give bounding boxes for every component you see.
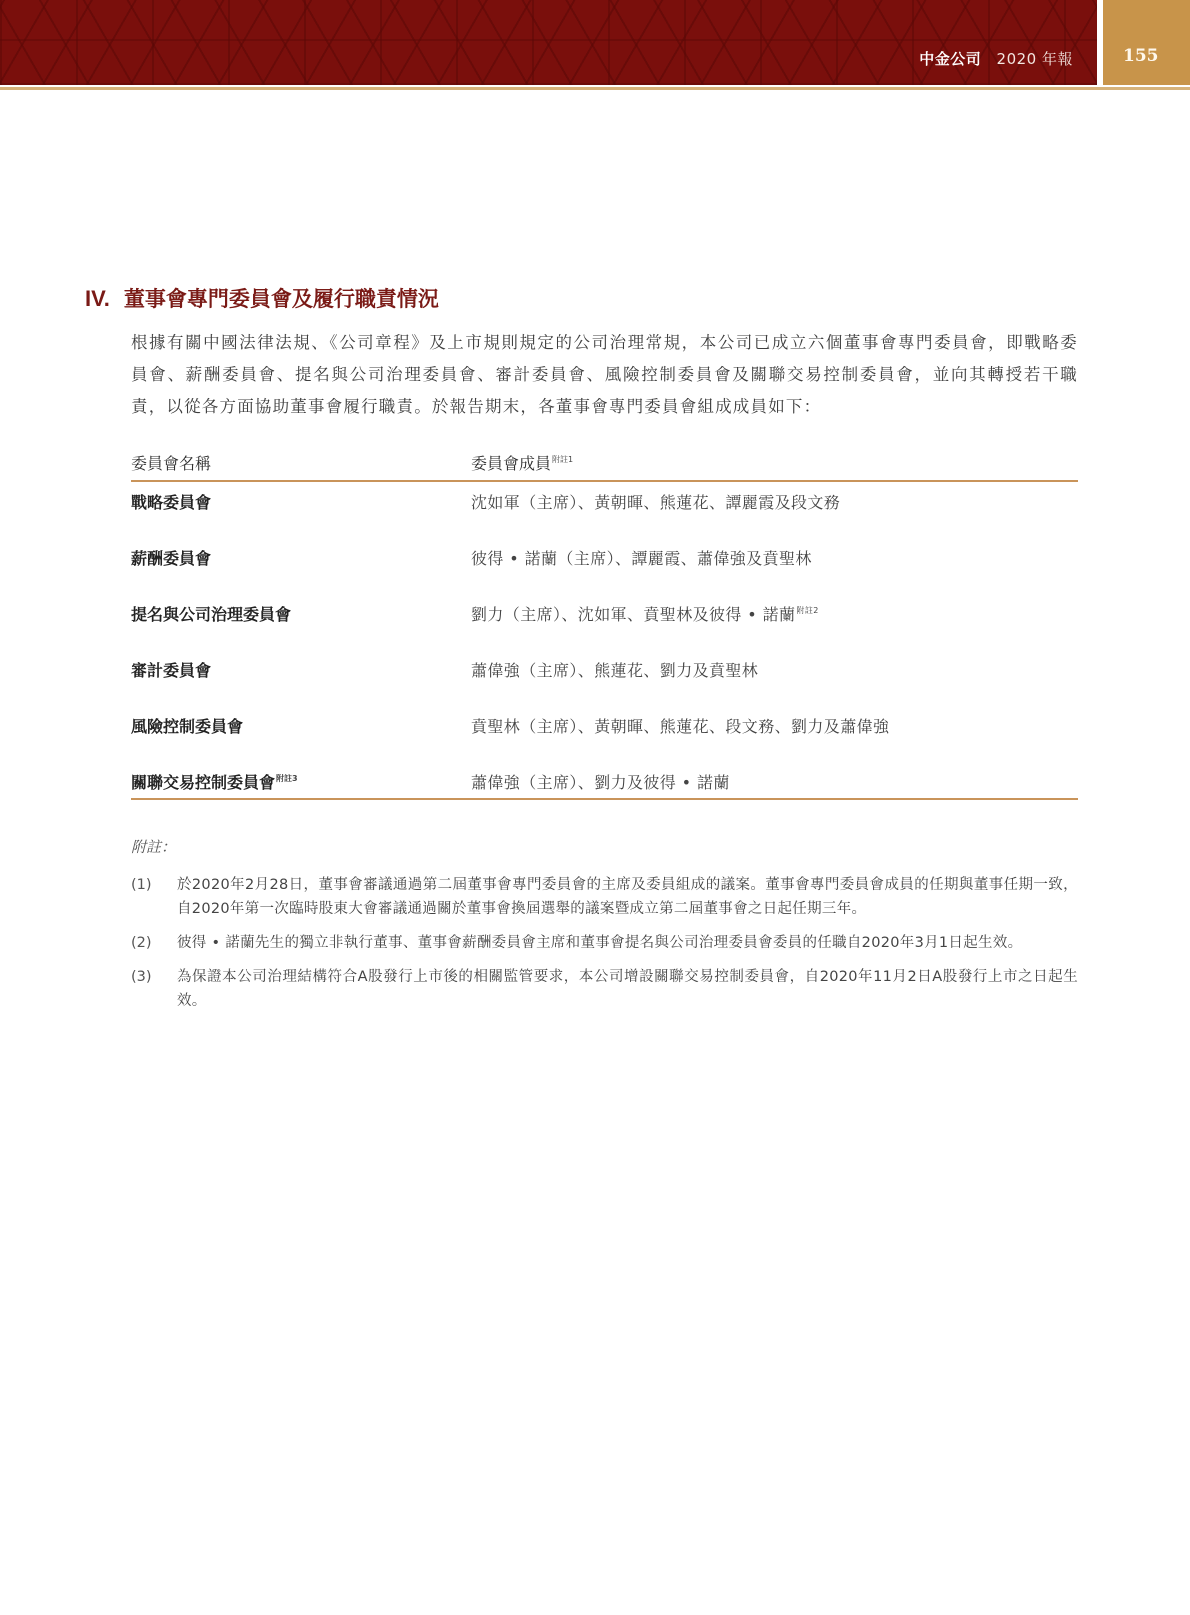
- note-text: 於2020年2月28日，董事會審議通過第二屆董事會專門委員會的主席及委員組成的議…: [177, 873, 1078, 921]
- table-row: 關聯交易控制委員會附註3 蕭偉強（主席）、劉力及彼得 • 諾蘭: [131, 762, 1078, 800]
- header-members-label: 委員會成員: [471, 454, 551, 473]
- notes-title: 附註：: [131, 836, 1078, 857]
- header-rule: [0, 87, 1190, 90]
- table-row: 提名與公司治理委員會 劉力（主席）、沈如軍、賁聖林及彼得 • 諾蘭附註2: [131, 594, 1078, 650]
- committee-name: 薪酬委員會: [131, 546, 471, 569]
- committee-members: 蕭偉強（主席）、熊蓮花、劉力及賁聖林: [471, 658, 1078, 681]
- report-title: 中金公司 2020 年報: [919, 48, 1073, 69]
- table-header: 委員會名稱 委員會成員附註1: [131, 445, 1078, 482]
- notes-section: 附註： (1) 於2020年2月28日，董事會審議通過第二屆董事會專門委員會的主…: [131, 836, 1078, 1023]
- committee-name: 戰略委員會: [131, 490, 471, 513]
- committee-members: 賁聖林（主席）、黃朝暉、熊蓮花、段文務、劉力及蕭偉強: [471, 714, 1078, 737]
- report-year: 2020 年報: [997, 50, 1073, 68]
- header-committee-members: 委員會成員附註1: [471, 451, 1078, 474]
- committee-members: 沈如軍（主席）、黃朝暉、熊蓮花、譚麗霞及段文務: [471, 490, 1078, 513]
- committee-name: 關聯交易控制委員會: [131, 773, 275, 792]
- note-item: (3) 為保證本公司治理結構符合A股發行上市後的相關監管要求，本公司增設關聯交易…: [131, 965, 1078, 1013]
- section-heading: IV. 董事會專門委員會及履行職責情況: [85, 283, 439, 313]
- note-item: (2) 彼得 • 諾蘭先生的獨立非執行董事、董事會薪酬委員會主席和董事會提名與公…: [131, 931, 1078, 955]
- committee-name: 提名與公司治理委員會: [131, 602, 471, 625]
- brand-name: 中金公司: [919, 50, 981, 68]
- footnote-ref: 附註1: [552, 455, 573, 464]
- note-item: (1) 於2020年2月28日，董事會審議通過第二屆董事會專門委員會的主席及委員…: [131, 873, 1078, 921]
- page-number-box: [1103, 0, 1190, 85]
- committee-members-cell: 劉力（主席）、沈如軍、賁聖林及彼得 • 諾蘭附註2: [471, 602, 1078, 625]
- table-row: 風險控制委員會 賁聖林（主席）、黃朝暉、熊蓮花、段文務、劉力及蕭偉強: [131, 706, 1078, 762]
- committee-members: 彼得 • 諾蘭（主席）、譚麗霞、蕭偉強及賁聖林: [471, 546, 1078, 569]
- note-text: 彼得 • 諾蘭先生的獨立非執行董事、董事會薪酬委員會主席和董事會提名與公司治理委…: [177, 931, 1078, 955]
- footnote-ref: 附註3: [276, 774, 298, 783]
- header-committee-name: 委員會名稱: [131, 451, 471, 474]
- intro-paragraph: 根據有關中國法律法規、《公司章程》及上市規則規定的公司治理常規，本公司已成立六個…: [131, 327, 1078, 423]
- committee-name: 審計委員會: [131, 658, 471, 681]
- table-row: 戰略委員會 沈如軍（主席）、黃朝暉、熊蓮花、譚麗霞及段文務: [131, 482, 1078, 538]
- header-banner: 中金公司 2020 年報: [0, 0, 1097, 85]
- note-index: (1): [131, 873, 177, 921]
- committee-name-cell: 關聯交易控制委員會附註3: [131, 770, 471, 793]
- committee-members: 蕭偉強（主席）、劉力及彼得 • 諾蘭: [471, 770, 1078, 793]
- table-row: 薪酬委員會 彼得 • 諾蘭（主席）、譚麗霞、蕭偉強及賁聖林: [131, 538, 1078, 594]
- section-number: IV.: [85, 286, 110, 312]
- committee-name: 風險控制委員會: [131, 714, 471, 737]
- committee-table: 委員會名稱 委員會成員附註1 戰略委員會 沈如軍（主席）、黃朝暉、熊蓮花、譚麗霞…: [131, 445, 1078, 800]
- table-row: 審計委員會 蕭偉強（主席）、熊蓮花、劉力及賁聖林: [131, 650, 1078, 706]
- note-index: (3): [131, 965, 177, 1013]
- committee-members: 劉力（主席）、沈如軍、賁聖林及彼得 • 諾蘭: [471, 605, 795, 624]
- footnote-ref: 附註2: [796, 606, 818, 615]
- note-text: 為保證本公司治理結構符合A股發行上市後的相關監管要求，本公司增設關聯交易控制委員…: [177, 965, 1078, 1013]
- section-title: 董事會專門委員會及履行職責情況: [124, 283, 439, 313]
- page-number: 155: [1123, 46, 1159, 66]
- note-index: (2): [131, 931, 177, 955]
